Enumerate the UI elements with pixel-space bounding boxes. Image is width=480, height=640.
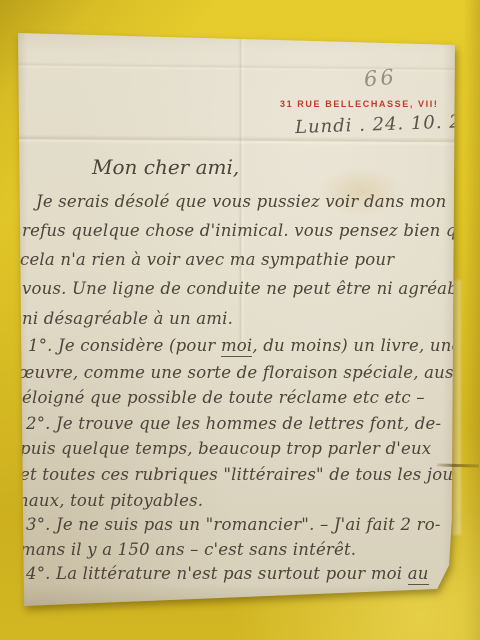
line-text: refus quelque chose d'inimical. vous pen… (22, 221, 477, 240)
letter-line: refus quelque chose d'inimical. vous pen… (22, 221, 477, 245)
letter-line: œuvre, comme une sorte de floraison spéc… (18, 363, 468, 387)
letter-line: cela n'a rien à voir avec ma sympathie p… (20, 250, 394, 274)
line-text: 4°. La littérature n'est pas surtout pou… (26, 564, 408, 583)
salutation: Mon cher ami, (92, 155, 239, 179)
letter-line: éloigné que possible de toute réclame et… (22, 388, 425, 412)
line-text: cela n'a rien à voir avec ma sympathie p… (20, 250, 394, 269)
line-text: puis quelque temps, beaucoup trop parler… (20, 439, 431, 458)
letter-line: 4°. La littérature n'est pas surtout pou… (26, 564, 429, 588)
line-text: naux, tout pitoyables. (18, 491, 203, 510)
underlined-word: moi (221, 336, 252, 357)
line-text: vous. Une ligne de conduite ne peut être… (22, 279, 473, 298)
line-text: 1°. Je considère (pour (28, 336, 221, 355)
line-text: éloigné que possible de toute réclame et… (22, 388, 425, 407)
line-text: œuvre, comme une sorte de floraison spéc… (18, 363, 468, 382)
fold-crease-horizontal-main (14, 134, 458, 146)
underlined-word: au (408, 564, 429, 585)
letter-paper-wrapper: 66 31 RUE BELLECHASSE, VII! Lundi . 24. … (0, 0, 480, 640)
pencil-page-number: 66 (363, 65, 398, 92)
letter-line: puis quelque temps, beaucoup trop parler… (20, 439, 431, 463)
letter-line: 3°. Je ne suis pas un "romancier". – J'a… (26, 515, 441, 539)
line-text: ni désagréable à un ami. (22, 309, 233, 328)
handwritten-date: Lundi . 24. 10. 23 (295, 111, 475, 138)
line-text: 3°. Je ne suis pas un "romancier". – J'a… (26, 515, 441, 534)
letter-line: naux, tout pitoyables. (18, 491, 203, 515)
letter-line: 1°. Je considère (pour moi, du moins) un… (28, 336, 462, 360)
letter-line: vous. Une ligne de conduite ne peut être… (22, 279, 473, 303)
letter-line: ni désagréable à un ami. (22, 309, 233, 333)
letter-paper: 66 31 RUE BELLECHASSE, VII! Lundi . 24. … (14, 28, 458, 613)
line-text: mans il y a 150 ans – c'est sans intérêt… (20, 540, 356, 559)
letter-line: et toutes ces rubriques "littéraires" de… (20, 465, 467, 489)
line-text: 2°. Je trouve que les hommes de lettres … (26, 414, 441, 433)
letterhead-address: 31 RUE BELLECHASSE, VII! (280, 99, 438, 109)
line-text: , du moins) un livre, une (252, 336, 461, 355)
letter-line: Je serais désolé que vous pussiez voir d… (36, 192, 447, 216)
line-text: et toutes ces rubriques "littéraires" de… (20, 465, 467, 484)
line-text: Je serais désolé que vous pussiez voir d… (36, 192, 447, 211)
letter-line: 2°. Je trouve que les hommes de lettres … (26, 414, 441, 438)
letter-line: mans il y a 150 ans – c'est sans intérêt… (20, 540, 356, 564)
